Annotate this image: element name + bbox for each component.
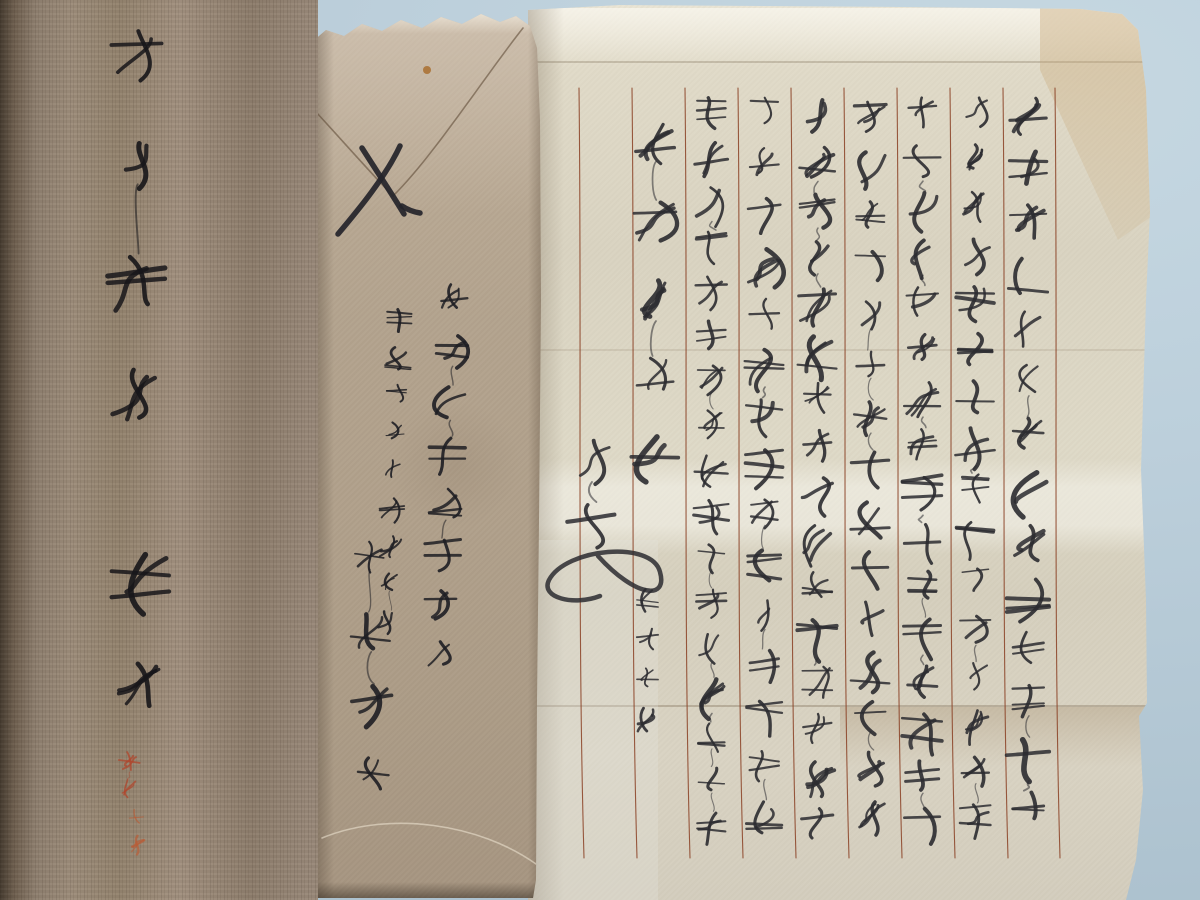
letter-corner-fold-shading <box>1000 8 1152 248</box>
photo-scene <box>0 0 1200 900</box>
letter-fold-crease-middle <box>528 349 1152 351</box>
letter-fold-shadow-lower <box>840 707 1152 767</box>
letter-fold-crease-lower <box>528 705 1152 707</box>
letter-fold-crease-top <box>528 61 1146 63</box>
envelope-flap-highlight <box>312 14 542 214</box>
letter-top-fold-highlight <box>528 8 1148 66</box>
envelope-bottom-shadow <box>312 882 541 900</box>
envelope-stain <box>390 400 520 530</box>
letter-lower-left-sheen <box>528 540 658 900</box>
letter-fold-highlight-band <box>528 458 1152 554</box>
